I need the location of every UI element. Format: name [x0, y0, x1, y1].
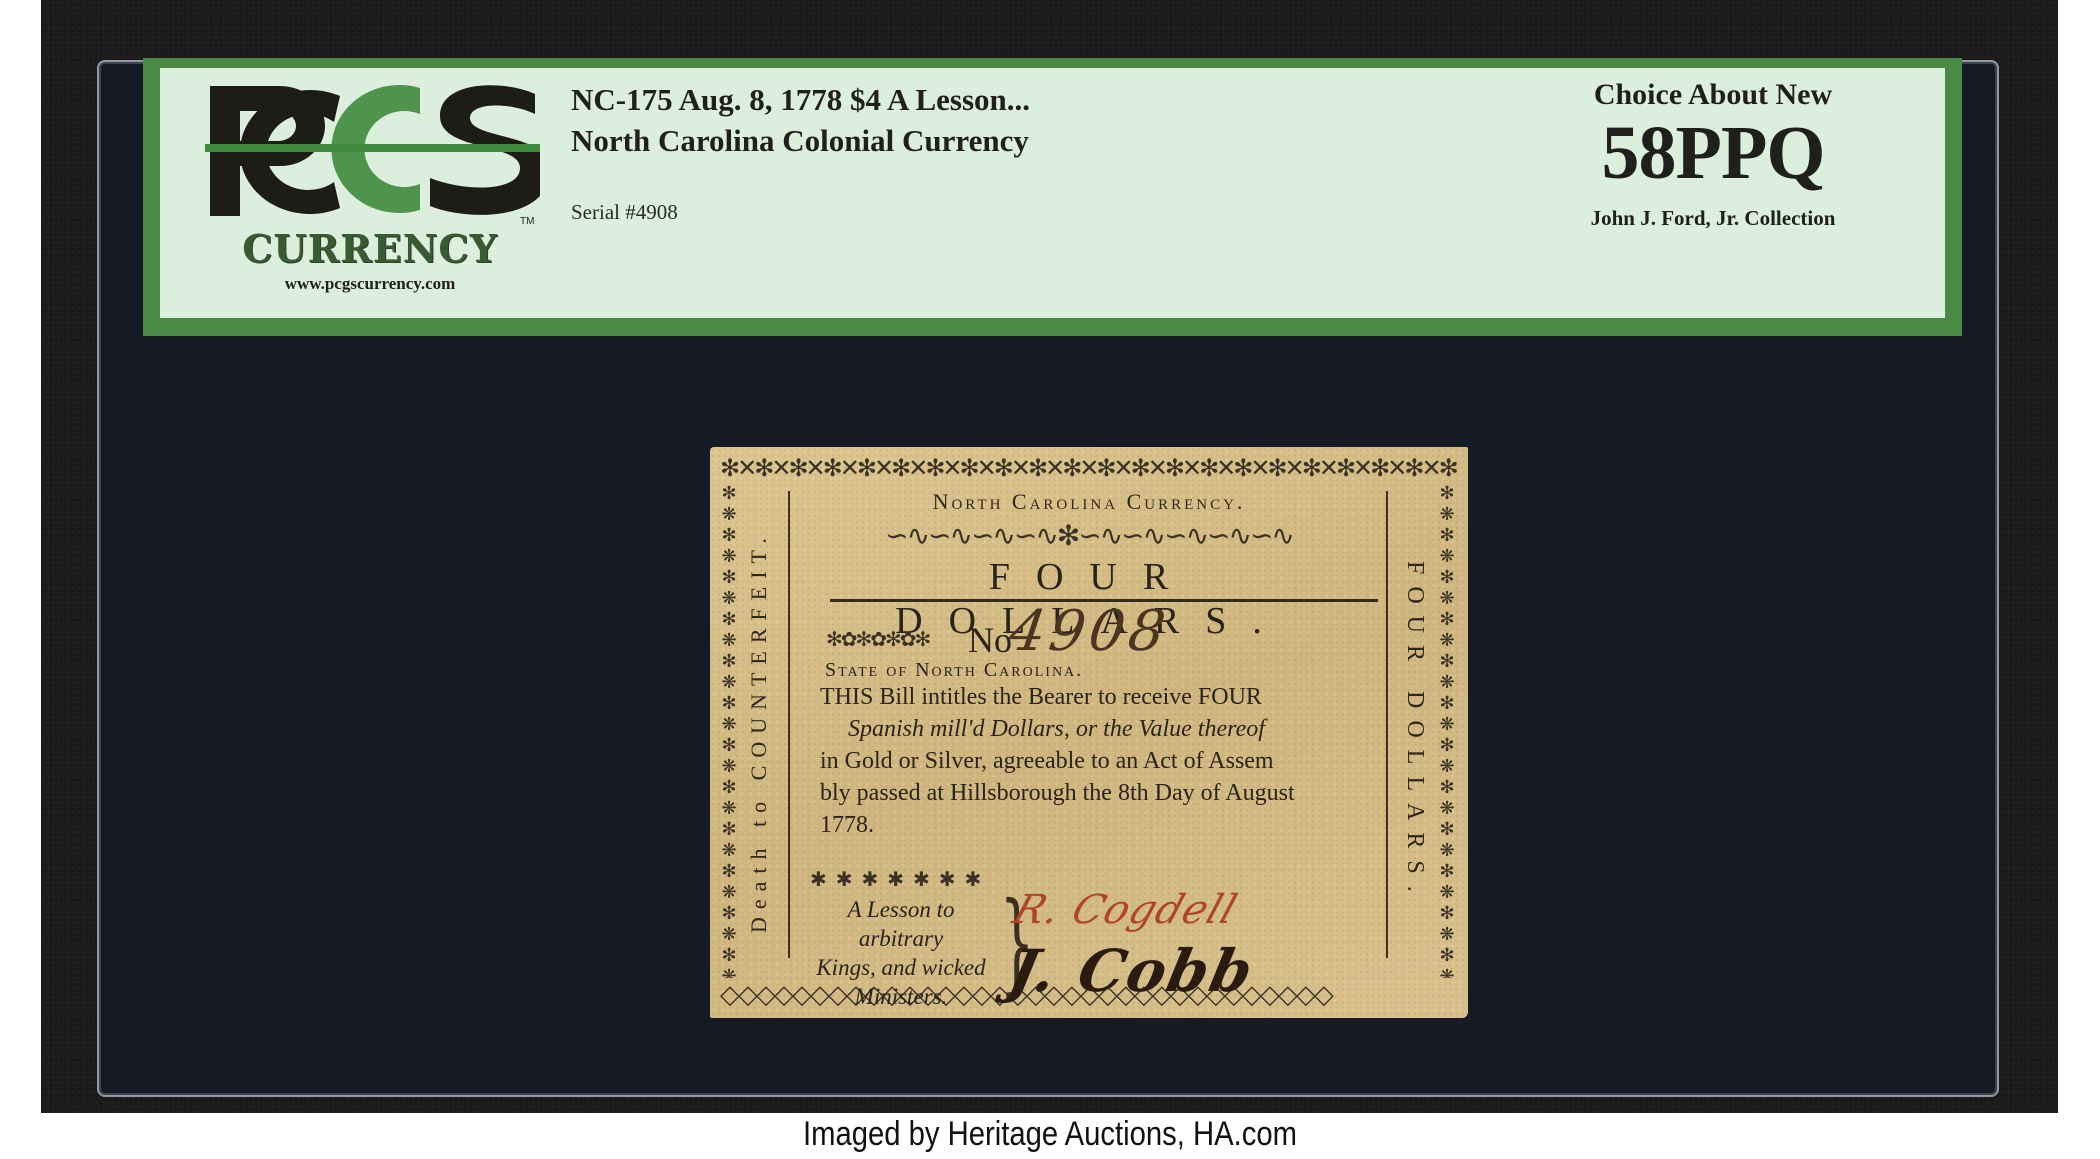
image-credit-caption: Imaged by Heritage Auctions, HA.com — [147, 1115, 1953, 1154]
right-ornament-border: ✻❋✻❋✻❋✻❋✻❋✻❋✻❋✻❋✻❋✻❋✻❋✻❋✻❋✻❋✻❋✻❋✻❋✻❋✻❋✻❋… — [1436, 483, 1458, 978]
signature-red: R. Cogdell — [1008, 887, 1244, 933]
motto-line: Kings, and wicked — [816, 953, 986, 982]
scroll-ornament: ∽∿∽∿∽∿∽∿✻∽∿∽∿∽∿∽∿∽∿ — [810, 519, 1368, 552]
pcgs-logo-icon: TM CURRENCY www.pcgscurrency.com — [180, 68, 540, 298]
logo-url: www.pcgscurrency.com — [190, 274, 550, 294]
top-ornament-border: ✻✕✻✕✻✕✻✕✻✕✻✕✻✕✻✕✻✕✻✕✻✕✻✕✻✕✻✕✻✕✻✕✻✕✻✕✻✕✻✕… — [720, 453, 1458, 483]
note-subtitle: North Carolina Colonial Currency — [571, 123, 1029, 159]
state-heading: State of North Carolina. — [825, 659, 1083, 682]
right-rule — [1386, 491, 1388, 958]
number-prefix: No — [968, 619, 1012, 661]
right-margin-text: FOUR DOLLARS. — [1398, 557, 1428, 907]
motto-line: A Lesson to arbitrary — [816, 895, 986, 953]
left-rule — [788, 491, 790, 958]
signature-black: J. Cobb — [1003, 937, 1261, 1005]
body-line: Spanish mill'd Dollars, or the Value the… — [820, 713, 1380, 745]
motto: A Lesson to arbitrary Kings, and wicked … — [816, 895, 986, 1011]
body-line: bly passed at Hillsborough the 8th Day o… — [820, 777, 1380, 809]
small-star-row: ✱✱✱✱✱✱✱ — [810, 867, 990, 891]
motto-line: Ministers. — [816, 982, 986, 1011]
left-margin-text: Death to COUNTERFEIT. — [746, 487, 776, 977]
note-title: NC-175 Aug. 8, 1778 $4 A Lesson... — [571, 82, 1030, 118]
label-panel: TM CURRENCY www.pcgscurrency.com NC-175 … — [160, 68, 1945, 318]
grading-label: TM CURRENCY www.pcgscurrency.com NC-175 … — [143, 58, 1962, 336]
serial-number: Serial #4908 — [571, 200, 678, 225]
body-line: THIS Bill intitles the Bearer to receive… — [820, 681, 1380, 713]
left-ornament-border: ✻❋✻❋✻❋✻❋✻❋✻❋✻❋✻❋✻❋✻❋✻❋✻❋✻❋✻❋✻❋✻❋✻❋✻❋✻❋✻❋… — [718, 483, 740, 978]
grade-value: 58PPQ — [1553, 110, 1873, 197]
grade-description: Choice About New — [1553, 78, 1873, 112]
star-ornament-row: ✻✿✻✿✻✿✻ — [826, 627, 971, 651]
pcgs-logo-mark-icon — [205, 76, 540, 221]
note-header: North Carolina Currency. — [710, 489, 1468, 515]
collection-name: John J. Ford, Jr. Collection — [1553, 206, 1873, 231]
logo-currency-text: CURRENCY — [190, 226, 550, 271]
handwritten-serial: 4908 — [1005, 599, 1173, 664]
currency-note: ✻✕✻✕✻✕✻✕✻✕✻✕✻✕✻✕✻✕✻✕✻✕✻✕✻✕✻✕✻✕✻✕✻✕✻✕✻✕✻✕… — [710, 447, 1468, 1018]
body-line: in Gold or Silver, agreeable to an Act o… — [820, 745, 1380, 777]
note-body-text: THIS Bill intitles the Bearer to receive… — [820, 681, 1380, 841]
body-line: 1778. — [820, 809, 1380, 841]
